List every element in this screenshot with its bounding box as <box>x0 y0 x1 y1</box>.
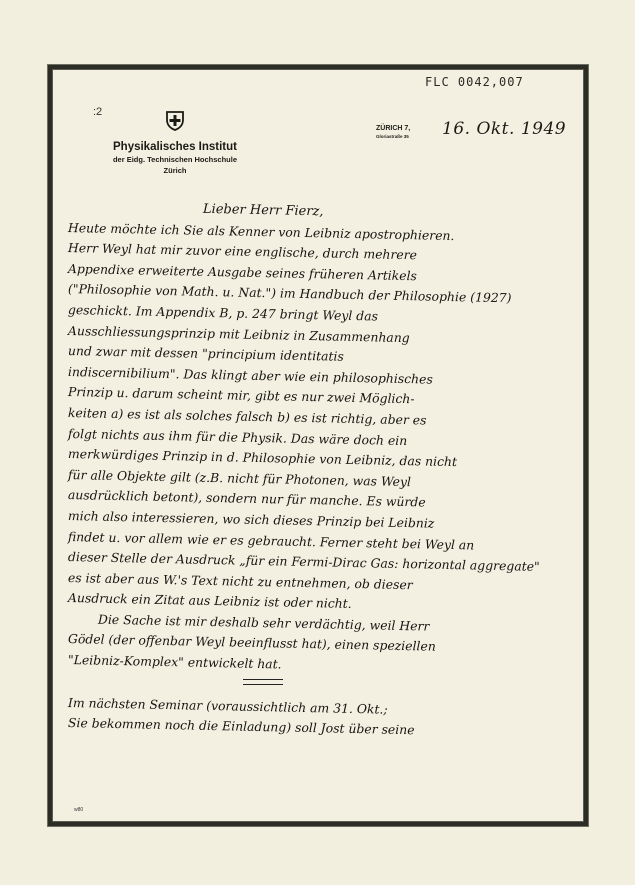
paragraph-1: Heute möchte ich Sie als Kenner von Leib… <box>68 218 568 609</box>
letter-body: Lieber Herr Fierz, Heute möchte ich Sie … <box>68 197 568 734</box>
footer-mark: w80 <box>74 807 83 813</box>
archive-stamp: FLC 0042,007 <box>425 75 524 89</box>
place-street: Gloriastraße 35 <box>376 133 410 141</box>
institution-subline: der Eidg. Technischen Hochschule <box>90 154 260 165</box>
place-city: ZÜRICH 7, <box>376 125 410 133</box>
paragraph-2: Die Sache ist mir deshalb sehr verdächti… <box>68 609 568 671</box>
letter-page: FLC 0042,007 :2 Physikalisches Institut … <box>48 65 588 826</box>
section-separator <box>243 679 283 685</box>
letterhead: Physikalisches Institut der Eidg. Techni… <box>90 111 260 176</box>
place-block: ZÜRICH 7, Gloriastraße 35 <box>376 125 410 141</box>
institution-name: Physikalisches Institut <box>90 140 260 154</box>
letter-date: 16. Okt. 1949 <box>442 119 566 139</box>
swiss-shield-icon <box>166 111 184 131</box>
institution-city: Zürich <box>90 165 260 176</box>
paragraph-3: Im nächsten Seminar (voraussichtlich am … <box>68 693 568 734</box>
